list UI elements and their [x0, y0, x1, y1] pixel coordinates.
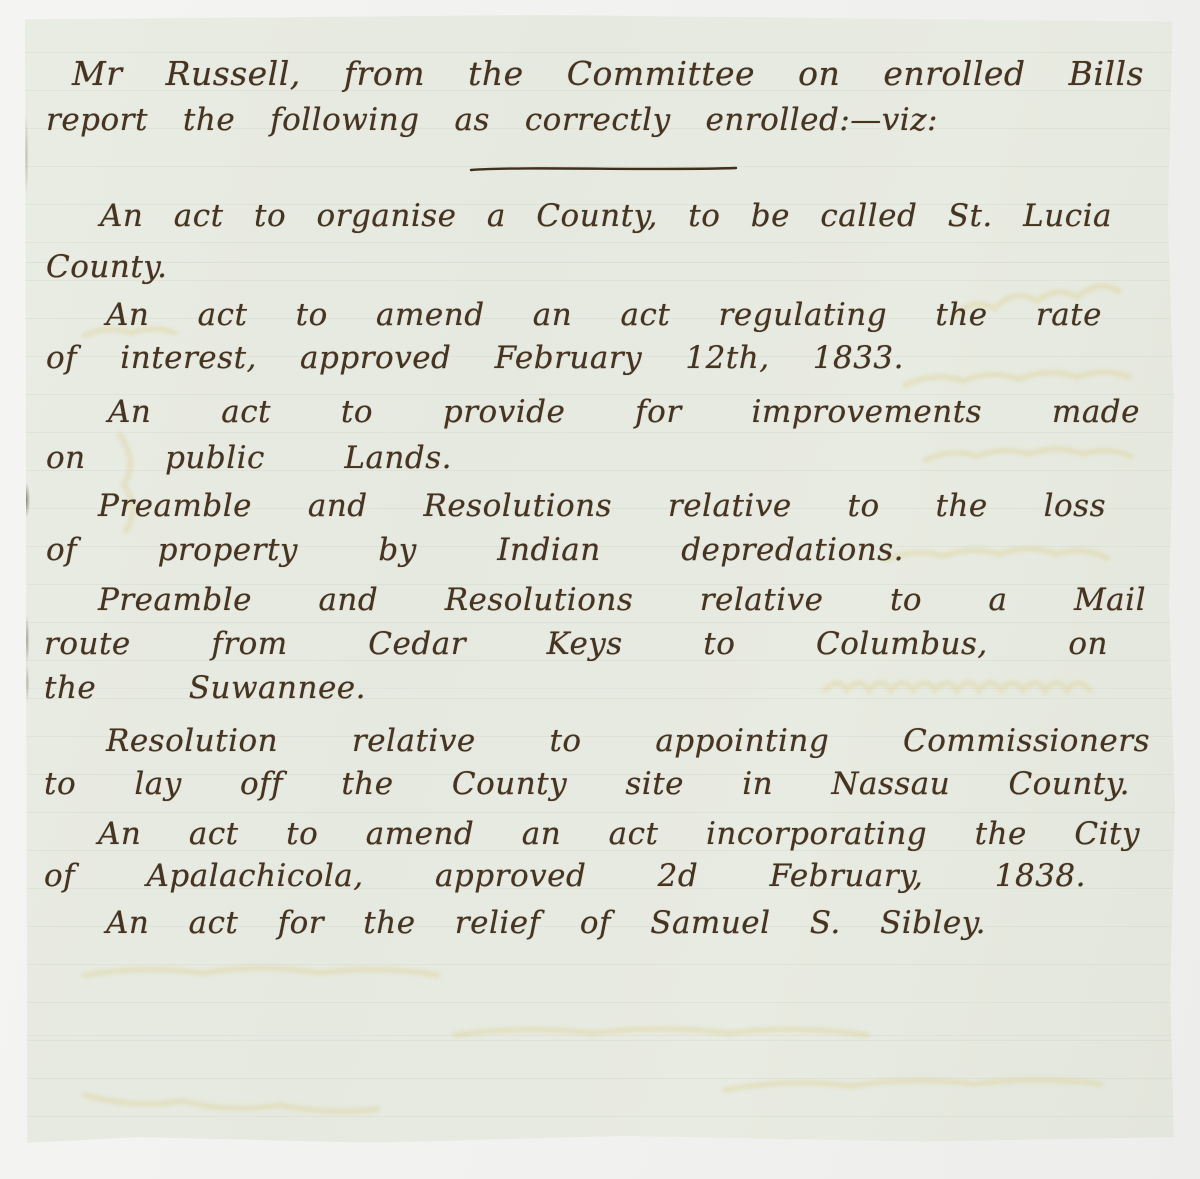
- entry-line: Preamble and Resolutions relative to the…: [98, 484, 1106, 528]
- entry-line: An act to organise a County, to be calle…: [100, 194, 1112, 238]
- entry-line: An act to provide for improvements made: [108, 390, 1140, 434]
- section-divider-rule: [468, 163, 740, 175]
- entry-line: to lay off the County site in Nassau Cou…: [44, 762, 1130, 806]
- header-line: Mr Russell, from the Committee on enroll…: [72, 52, 1144, 96]
- entry-line: An act for the relief of Samuel S. Sible…: [106, 901, 986, 945]
- entry-line: the Suwannee.: [44, 666, 366, 710]
- scan-background: { "page": { "description_label": "Handwr…: [0, 0, 1200, 1179]
- entry-line: County.: [46, 245, 168, 289]
- paper-crease: [25, 1035, 1176, 1037]
- manuscript-page: Mr Russell, from the Committee on enroll…: [25, 15, 1176, 1145]
- entry-line: Resolution relative to appointing Commis…: [106, 719, 1150, 763]
- entry-line: on public Lands.: [46, 436, 452, 480]
- header-line: report the following as correctly enroll…: [46, 98, 938, 142]
- entry-line: An act to amend an act incorporating the…: [98, 812, 1140, 856]
- paper-crease: [25, 262, 1176, 264]
- entry-line: Preamble and Resolutions relative to a M…: [98, 578, 1146, 622]
- paper-edge-smudge: [25, 15, 39, 1145]
- entry-line: of property by Indian depredations.: [46, 528, 904, 572]
- entry-line: of Apalachicola, approved 2d February, 1…: [44, 854, 1086, 898]
- entry-line: route from Cedar Keys to Columbus, on: [44, 622, 1108, 666]
- entry-line: An act to amend an act regulating the ra…: [106, 293, 1102, 337]
- entry-line: of interest, approved February 12th, 183…: [46, 336, 904, 380]
